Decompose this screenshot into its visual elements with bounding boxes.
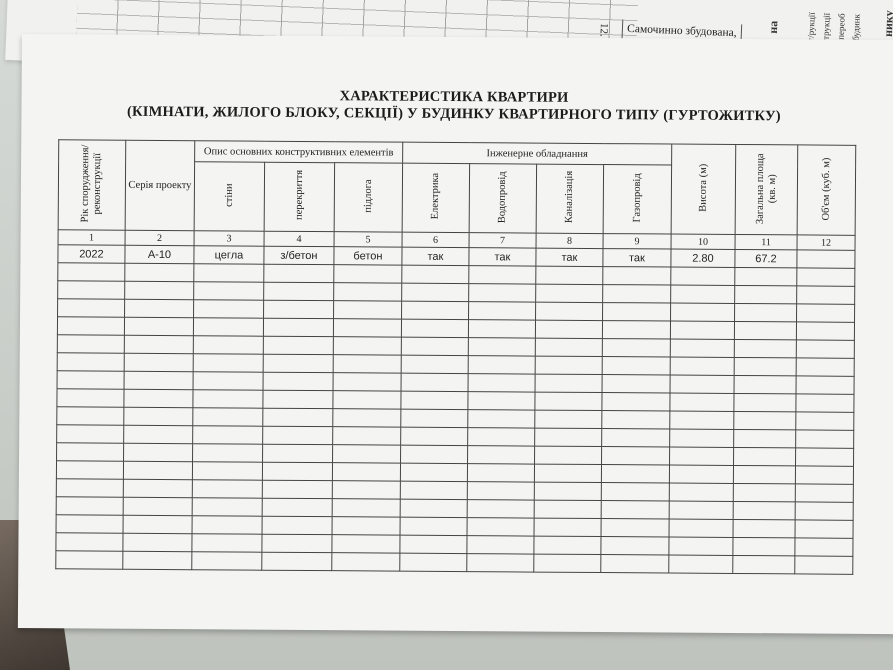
empty-cell[interactable] xyxy=(56,461,123,479)
empty-cell[interactable] xyxy=(58,263,125,281)
header-structural-group: Опис основних конструктивних елементів xyxy=(195,141,403,163)
empty-cell[interactable] xyxy=(468,356,535,374)
empty-cell[interactable] xyxy=(192,552,262,570)
empty-cell[interactable] xyxy=(263,408,333,426)
header-series: Серія проекту xyxy=(125,140,195,230)
column-number: 3 xyxy=(194,231,264,246)
empty-cell[interactable] xyxy=(123,461,192,479)
empty-cell[interactable] xyxy=(735,303,797,321)
empty-cell[interactable] xyxy=(534,536,601,554)
table-cell[interactable]: так xyxy=(469,248,536,266)
empty-cell[interactable] xyxy=(795,502,853,520)
empty-cell[interactable] xyxy=(670,339,734,357)
empty-cell[interactable] xyxy=(124,371,193,389)
empty-cell[interactable] xyxy=(797,304,855,322)
empty-cell[interactable] xyxy=(56,497,123,515)
empty-cell[interactable] xyxy=(124,317,193,335)
empty-cell[interactable] xyxy=(734,393,796,411)
empty-cell[interactable] xyxy=(401,319,468,337)
column-number: 12 xyxy=(797,235,855,250)
empty-cell[interactable] xyxy=(795,484,853,502)
empty-cell[interactable] xyxy=(670,411,734,429)
column-number: 5 xyxy=(334,232,402,247)
empty-cell[interactable] xyxy=(192,534,262,552)
empty-cell[interactable] xyxy=(601,501,669,519)
empty-cell[interactable] xyxy=(262,552,332,570)
side-label: на xyxy=(767,20,781,33)
empty-cell[interactable] xyxy=(669,483,733,501)
empty-cell[interactable] xyxy=(796,322,854,340)
table-body: 1234567891011122022А-10цеглаз/бетонбетон… xyxy=(56,230,855,575)
table-cell[interactable]: бетон xyxy=(334,247,402,265)
empty-cell[interactable] xyxy=(601,519,669,537)
table-cell[interactable]: 67.2 xyxy=(735,249,797,267)
empty-cell[interactable] xyxy=(57,353,124,371)
empty-cell[interactable] xyxy=(57,425,124,443)
empty-cell[interactable] xyxy=(56,479,123,497)
empty-cell[interactable] xyxy=(332,481,400,499)
empty-cell[interactable] xyxy=(536,302,603,320)
empty-cell[interactable] xyxy=(58,281,125,299)
empty-cell[interactable] xyxy=(670,447,734,465)
empty-cell[interactable] xyxy=(332,517,400,535)
empty-cell[interactable] xyxy=(735,285,797,303)
empty-cell[interactable] xyxy=(797,268,855,286)
empty-cell[interactable] xyxy=(796,376,854,394)
empty-cell[interactable] xyxy=(333,373,401,391)
empty-cell[interactable] xyxy=(733,483,795,501)
empty-cell[interactable] xyxy=(733,555,795,573)
header-year: Рік спорудження/реконструкції xyxy=(58,140,126,230)
empty-cell[interactable] xyxy=(735,267,797,285)
header-sewer: Каналізація xyxy=(536,164,603,233)
empty-cell[interactable] xyxy=(795,520,853,538)
column-number: 10 xyxy=(671,234,735,249)
empty-cell[interactable] xyxy=(603,285,671,303)
empty-cell[interactable] xyxy=(671,267,735,285)
empty-cell[interactable] xyxy=(192,516,262,534)
empty-cell[interactable] xyxy=(671,303,735,321)
empty-cell[interactable] xyxy=(193,336,263,354)
empty-cell[interactable] xyxy=(57,335,124,353)
empty-cell[interactable] xyxy=(534,518,601,536)
empty-cell[interactable] xyxy=(670,375,734,393)
empty-cell[interactable] xyxy=(124,425,193,443)
empty-cell[interactable] xyxy=(194,300,264,318)
empty-cell[interactable] xyxy=(123,479,192,497)
empty-cell[interactable] xyxy=(796,448,854,466)
empty-cell[interactable] xyxy=(262,498,332,516)
empty-cell[interactable] xyxy=(468,374,535,392)
empty-cell[interactable] xyxy=(401,391,468,409)
empty-cell[interactable] xyxy=(669,555,733,573)
empty-cell[interactable] xyxy=(535,320,602,338)
empty-cell[interactable] xyxy=(123,497,192,515)
empty-cell[interactable] xyxy=(193,426,263,444)
empty-cell[interactable] xyxy=(401,409,468,427)
empty-cell[interactable] xyxy=(468,446,535,464)
empty-cell[interactable] xyxy=(192,498,262,516)
empty-cell[interactable] xyxy=(334,283,402,301)
empty-cell[interactable] xyxy=(535,446,602,464)
empty-cell[interactable] xyxy=(56,551,123,569)
empty-cell[interactable] xyxy=(262,462,332,480)
empty-cell[interactable] xyxy=(468,428,535,446)
empty-cell[interactable] xyxy=(734,411,796,429)
empty-cell[interactable] xyxy=(333,319,401,337)
empty-cell[interactable] xyxy=(670,393,734,411)
empty-cell[interactable] xyxy=(400,517,467,535)
empty-cell[interactable] xyxy=(601,465,669,483)
empty-cell[interactable] xyxy=(263,444,333,462)
empty-cell[interactable] xyxy=(602,411,670,429)
empty-cell[interactable] xyxy=(332,535,400,553)
empty-cell[interactable] xyxy=(124,389,193,407)
empty-cell[interactable] xyxy=(535,428,602,446)
empty-cell[interactable] xyxy=(733,501,795,519)
empty-cell[interactable] xyxy=(333,337,401,355)
empty-cell[interactable] xyxy=(603,303,671,321)
empty-cell[interactable] xyxy=(333,445,401,463)
empty-cell[interactable] xyxy=(263,318,333,336)
header-floors-ceiling: перекриття xyxy=(264,162,334,231)
empty-cell[interactable] xyxy=(124,335,193,353)
empty-cell[interactable] xyxy=(332,463,400,481)
empty-cell[interactable] xyxy=(193,408,263,426)
empty-cell[interactable] xyxy=(669,501,733,519)
empty-cell[interactable] xyxy=(401,337,468,355)
empty-cell[interactable] xyxy=(733,537,795,555)
empty-cell[interactable] xyxy=(734,375,796,393)
empty-cell[interactable] xyxy=(535,410,602,428)
empty-cell[interactable] xyxy=(534,554,601,572)
empty-cell[interactable] xyxy=(468,320,535,338)
empty-cell[interactable] xyxy=(670,321,734,339)
empty-cell[interactable] xyxy=(194,264,264,282)
empty-cell[interactable] xyxy=(796,430,854,448)
empty-cell[interactable] xyxy=(400,481,467,499)
empty-cell[interactable] xyxy=(535,392,602,410)
empty-cell[interactable] xyxy=(58,299,125,317)
empty-cell[interactable] xyxy=(468,338,535,356)
empty-cell[interactable] xyxy=(400,535,467,553)
empty-cell[interactable] xyxy=(57,389,124,407)
empty-cell[interactable] xyxy=(193,444,263,462)
empty-cell[interactable] xyxy=(602,429,670,447)
empty-cell[interactable] xyxy=(733,519,795,537)
empty-cell[interactable] xyxy=(535,356,602,374)
empty-cell[interactable] xyxy=(401,445,468,463)
empty-cell[interactable] xyxy=(602,357,670,375)
empty-cell[interactable] xyxy=(734,429,796,447)
column-number: 7 xyxy=(469,233,536,248)
empty-cell[interactable] xyxy=(400,499,467,517)
document-page: ХАРАКТЕРИСТИКА КВАРТИРИ (КІМНАТИ, ЖИЛОГО… xyxy=(18,34,893,634)
empty-cell[interactable] xyxy=(402,301,469,319)
header-electrical: Електрика xyxy=(402,163,469,232)
header-engineering-group: Інженерне обладнання xyxy=(403,142,672,165)
empty-cell[interactable] xyxy=(56,533,123,551)
empty-cell[interactable] xyxy=(670,357,734,375)
column-number: 6 xyxy=(402,232,469,247)
empty-cell[interactable] xyxy=(796,394,854,412)
empty-cell[interactable] xyxy=(124,407,193,425)
empty-cell[interactable] xyxy=(263,390,333,408)
empty-cell[interactable] xyxy=(263,426,333,444)
empty-cell[interactable] xyxy=(669,519,733,537)
empty-cell[interactable] xyxy=(795,556,853,574)
empty-cell[interactable] xyxy=(125,281,194,299)
empty-cell[interactable] xyxy=(469,302,536,320)
empty-cell[interactable] xyxy=(669,465,733,483)
empty-cell[interactable] xyxy=(333,391,401,409)
empty-cell[interactable] xyxy=(264,300,334,318)
previous-row-number: 12. xyxy=(597,23,610,37)
table-cell[interactable]: 2.80 xyxy=(671,249,735,267)
table-cell[interactable]: цегла xyxy=(194,246,264,264)
empty-cell[interactable] xyxy=(534,482,601,500)
empty-cell[interactable] xyxy=(467,536,534,554)
empty-cell[interactable] xyxy=(333,427,401,445)
empty-cell[interactable] xyxy=(795,466,853,484)
table-cell[interactable]: так xyxy=(603,249,671,267)
empty-cell[interactable] xyxy=(194,282,264,300)
empty-cell[interactable] xyxy=(56,515,123,533)
empty-cell[interactable] xyxy=(602,339,670,357)
header-total-area: Загальна площа (кв. м) xyxy=(735,144,798,234)
empty-cell[interactable] xyxy=(734,447,796,465)
empty-cell[interactable] xyxy=(400,553,467,571)
empty-cell[interactable] xyxy=(733,465,795,483)
column-number: 11 xyxy=(735,234,797,249)
empty-cell[interactable] xyxy=(795,538,853,556)
empty-cell[interactable] xyxy=(602,447,670,465)
empty-cell[interactable] xyxy=(535,374,602,392)
empty-cell[interactable] xyxy=(602,393,670,411)
empty-cell[interactable] xyxy=(467,554,534,572)
empty-cell[interactable] xyxy=(602,375,670,393)
empty-cell[interactable] xyxy=(333,409,401,427)
empty-cell[interactable] xyxy=(262,480,332,498)
empty-cell[interactable] xyxy=(603,267,671,285)
empty-cell[interactable] xyxy=(534,500,601,518)
empty-cell[interactable] xyxy=(601,537,669,555)
empty-cell[interactable] xyxy=(192,462,262,480)
empty-cell[interactable] xyxy=(57,371,124,389)
empty-cell[interactable] xyxy=(401,373,468,391)
empty-cell[interactable] xyxy=(263,354,333,372)
document-title: ХАРАКТЕРИСТИКА КВАРТИРИ (КІМНАТИ, ЖИЛОГО… xyxy=(21,86,886,126)
header-floor: підлога xyxy=(334,163,402,232)
empty-cell[interactable] xyxy=(57,443,124,461)
table-cell[interactable]: так xyxy=(536,248,603,266)
empty-cell[interactable] xyxy=(467,464,534,482)
empty-cell[interactable] xyxy=(124,443,193,461)
header-volume: Об'єм (куб. м) xyxy=(797,145,856,235)
empty-cell[interactable] xyxy=(796,358,854,376)
empty-cell[interactable] xyxy=(602,321,670,339)
empty-cell[interactable] xyxy=(262,534,332,552)
empty-cell[interactable] xyxy=(467,500,534,518)
empty-cell[interactable] xyxy=(57,317,124,335)
empty-cell[interactable] xyxy=(469,284,536,302)
empty-cell[interactable] xyxy=(400,463,467,481)
empty-cell[interactable] xyxy=(262,516,332,534)
empty-cell[interactable] xyxy=(263,372,333,390)
empty-cell[interactable] xyxy=(469,266,536,284)
empty-cell[interactable] xyxy=(670,429,734,447)
empty-cell[interactable] xyxy=(468,392,535,410)
empty-cell[interactable] xyxy=(536,266,603,284)
empty-cell[interactable] xyxy=(125,263,194,281)
empty-cell[interactable] xyxy=(333,355,401,373)
table-cell[interactable]: А-10 xyxy=(125,245,194,263)
empty-cell[interactable] xyxy=(734,357,796,375)
empty-cell[interactable] xyxy=(332,553,400,571)
table-cell[interactable]: 2022 xyxy=(58,245,125,263)
empty-cell[interactable] xyxy=(123,551,192,569)
empty-cell[interactable] xyxy=(402,283,469,301)
empty-cell[interactable] xyxy=(193,372,263,390)
header-walls: стіни xyxy=(194,162,264,231)
empty-cell[interactable] xyxy=(796,340,854,358)
empty-cell[interactable] xyxy=(401,427,468,445)
empty-cell[interactable] xyxy=(123,533,192,551)
empty-cell[interactable] xyxy=(467,482,534,500)
empty-cell[interactable] xyxy=(401,355,468,373)
empty-cell[interactable] xyxy=(57,407,124,425)
header-water: Водопровід xyxy=(469,164,536,233)
column-number: 9 xyxy=(603,234,671,249)
empty-cell[interactable] xyxy=(467,518,534,536)
empty-cell[interactable] xyxy=(193,390,263,408)
empty-cell[interactable] xyxy=(123,515,192,533)
table-cell[interactable]: так xyxy=(402,247,469,265)
empty-cell[interactable] xyxy=(263,336,333,354)
empty-cell[interactable] xyxy=(734,321,796,339)
apartment-characteristics-table: Рік спорудження/реконструкції Серія прое… xyxy=(55,139,856,575)
header-height: Висота (м) xyxy=(671,144,736,234)
empty-cell[interactable] xyxy=(334,301,402,319)
column-number: 1 xyxy=(58,230,125,245)
table-cell[interactable] xyxy=(797,250,855,268)
empty-cell[interactable] xyxy=(264,264,334,282)
empty-cell[interactable] xyxy=(468,410,535,428)
empty-cell[interactable] xyxy=(193,354,263,372)
empty-cell[interactable] xyxy=(601,555,669,573)
header-gas: Газопровід xyxy=(603,165,671,234)
empty-cell[interactable] xyxy=(332,499,400,517)
empty-cell[interactable] xyxy=(535,338,602,356)
column-number: 2 xyxy=(125,230,194,245)
empty-cell[interactable] xyxy=(796,412,854,430)
empty-cell[interactable] xyxy=(193,318,263,336)
column-number: 8 xyxy=(536,233,603,248)
column-number: 4 xyxy=(264,231,334,246)
empty-cell[interactable] xyxy=(669,537,733,555)
empty-cell[interactable] xyxy=(734,339,796,357)
empty-cell[interactable] xyxy=(125,299,194,317)
table-cell[interactable]: з/бетон xyxy=(264,246,334,264)
empty-cell[interactable] xyxy=(601,483,669,501)
empty-cell[interactable] xyxy=(334,265,402,283)
empty-cell[interactable] xyxy=(797,286,855,304)
empty-cell[interactable] xyxy=(534,464,601,482)
empty-cell[interactable] xyxy=(536,284,603,302)
empty-cell[interactable] xyxy=(192,480,262,498)
empty-cell[interactable] xyxy=(124,353,193,371)
side-label: нику xyxy=(882,10,893,37)
empty-cell[interactable] xyxy=(402,265,469,283)
empty-cell[interactable] xyxy=(671,285,735,303)
empty-cell[interactable] xyxy=(264,282,334,300)
